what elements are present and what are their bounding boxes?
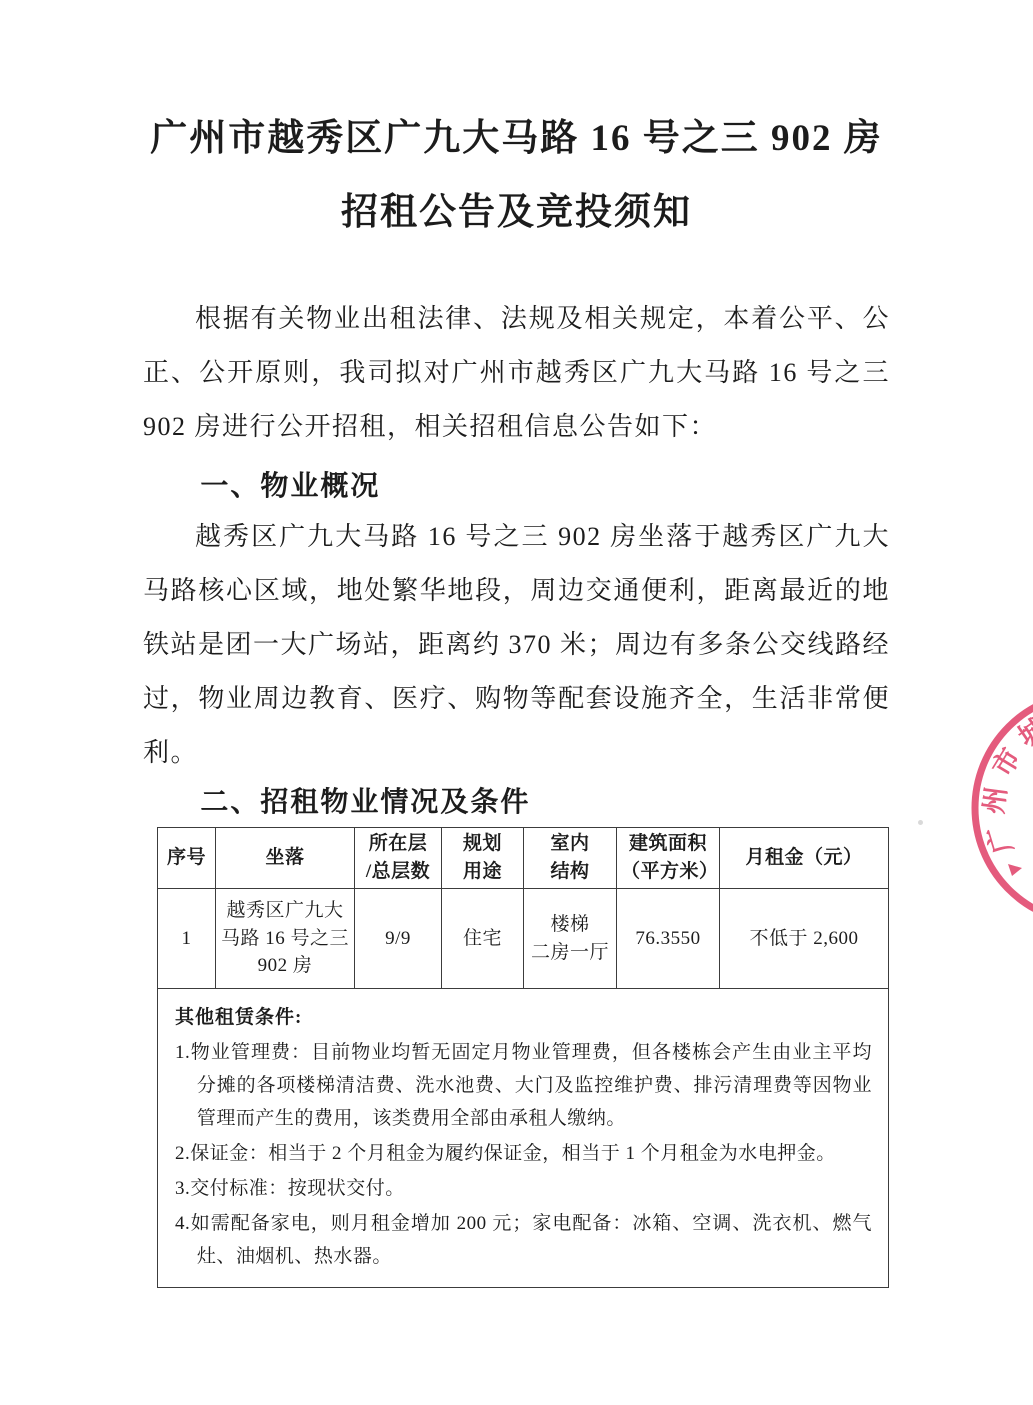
section2-heading: 二、招租物业情况及条件 (143, 782, 890, 822)
red-seal-stamp: 广州市城投 (950, 668, 1033, 948)
note-item-4: 4.如需配备家电，则月租金增加 200 元；家电配备：冰箱、空调、洗衣机、燃气灶… (175, 1207, 872, 1273)
note-item-3: 3.交付标准：按现状交付。 (175, 1172, 872, 1205)
seal-ring (975, 693, 1033, 923)
other-conditions-cell: 其他租赁条件: 1.物业管理费：目前物业均暂无固定月物业管理费，但各楼栋会产生由… (158, 989, 889, 1288)
table-header-row: 序号 坐落 所在层 /总层数 规划 用途 室内 结构 建筑面积 （平方米） 月租… (158, 828, 889, 889)
intro-paragraph: 根据有关物业出租法律、法规及相关规定，本着公平、公正、公开原则，我司拟对广州市越… (143, 292, 890, 454)
col-header-location: 坐落 (216, 828, 355, 889)
table-notes-row: 其他租赁条件: 1.物业管理费：目前物业均暂无固定月物业管理费，但各楼栋会产生由… (158, 989, 889, 1288)
section1-heading: 一、物业概况 (143, 464, 890, 508)
document-title-line1: 广州市越秀区广九大马路 16 号之三 902 房 (143, 102, 890, 176)
cell-planned-use: 住宅 (442, 889, 524, 989)
cell-floor: 9/9 (355, 889, 442, 989)
document-page: 广州市越秀区广九大马路 16 号之三 902 房 招租公告及竞投须知 根据有关物… (0, 0, 1033, 1405)
cell-area: 76.3550 (617, 889, 720, 989)
cell-interior: 楼梯 二房一厅 (524, 889, 617, 989)
table-data-row: 1 越秀区广九大马路 16 号之三 902 房 9/9 住宅 楼梯 二房一厅 7… (158, 889, 889, 989)
col-header-floor: 所在层 /总层数 (355, 828, 442, 889)
col-header-rent: 月租金（元） (720, 828, 889, 889)
property-table: 序号 坐落 所在层 /总层数 规划 用途 室内 结构 建筑面积 （平方米） 月租… (157, 827, 889, 1288)
document-content: 广州市越秀区广九大马路 16 号之三 902 房 招租公告及竞投须知 根据有关物… (143, 0, 890, 1288)
col-header-interior: 室内 结构 (524, 828, 617, 889)
note-item-2: 2.保证金：相当于 2 个月租金为履约保证金，相当于 1 个月租金为水电押金。 (175, 1137, 872, 1170)
col-header-index: 序号 (158, 828, 216, 889)
cell-index: 1 (158, 889, 216, 989)
cell-location: 越秀区广九大马路 16 号之三 902 房 (216, 889, 355, 989)
col-header-area: 建筑面积 （平方米） (617, 828, 720, 889)
document-title: 广州市越秀区广九大马路 16 号之三 902 房 招租公告及竞投须知 (143, 102, 890, 250)
notes-heading: 其他租赁条件: (175, 1002, 872, 1034)
scan-speck (918, 820, 923, 825)
cell-rent: 不低于 2,600 (720, 889, 889, 989)
seal-text: 广州市城投 (979, 696, 1033, 857)
note-item-1: 1.物业管理费：目前物业均暂无固定月物业管理费，但各楼栋会产生由业主平均分摊的各… (175, 1036, 872, 1135)
document-title-line2: 招租公告及竞投须知 (143, 176, 890, 250)
seal-inner-mark (1008, 864, 1022, 876)
section1-paragraph: 越秀区广九大马路 16 号之三 902 房坐落于越秀区广九大马路核心区域，地处繁… (143, 510, 890, 780)
col-header-planned-use: 规划 用途 (442, 828, 524, 889)
